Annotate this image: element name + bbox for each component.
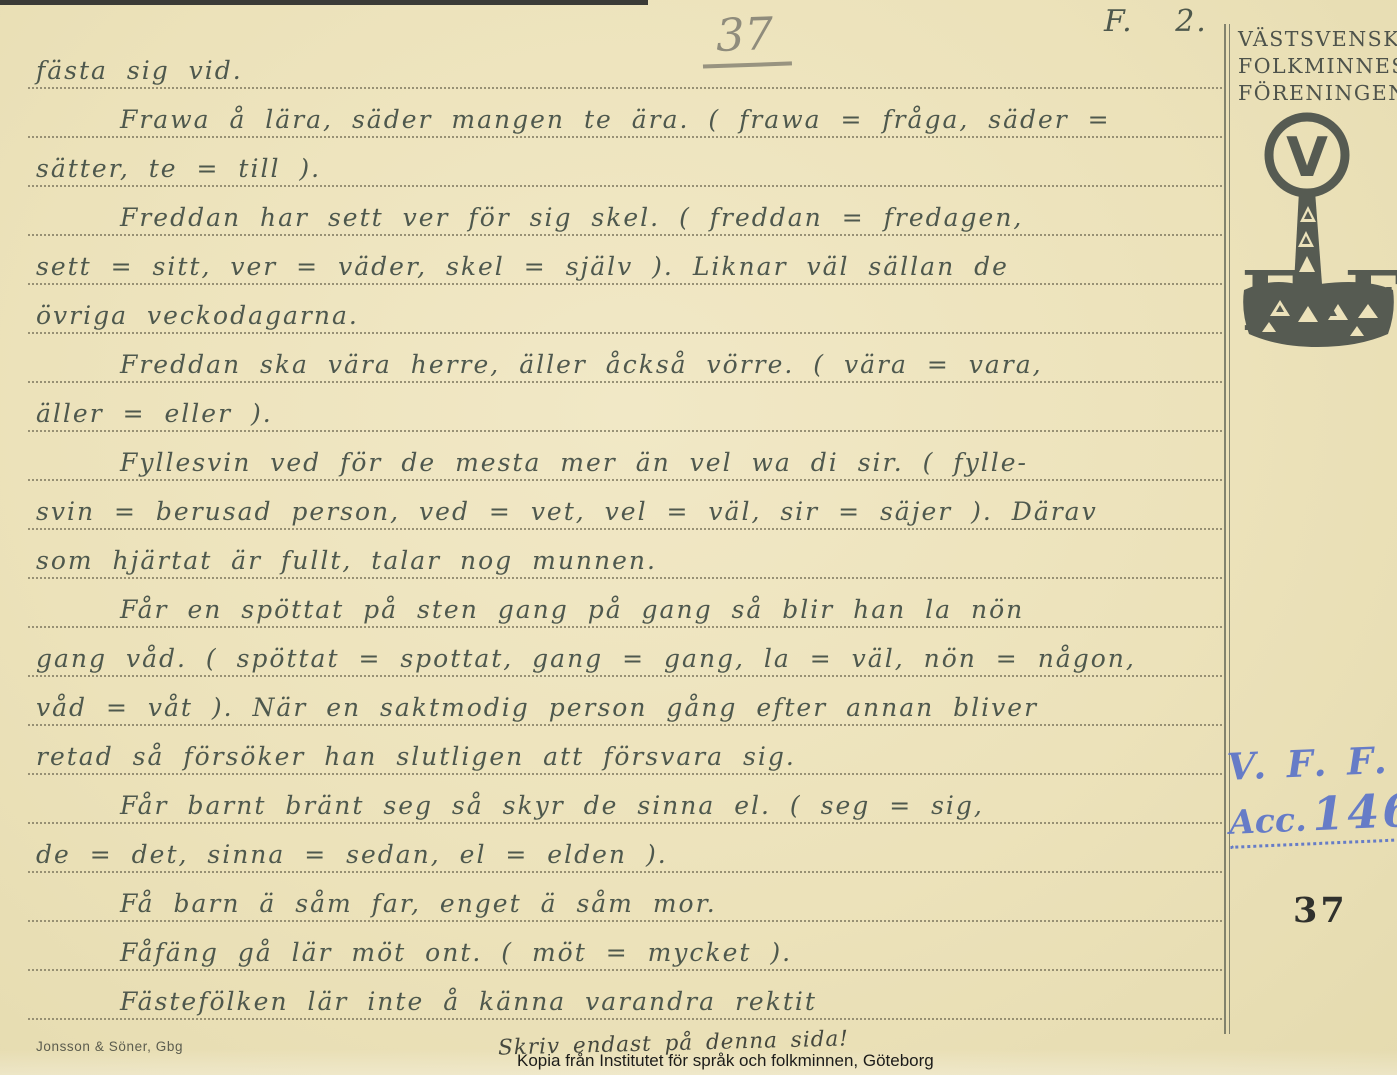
manuscript-line: retad så försöker han slutligen att förs… (28, 726, 1222, 775)
archive-copy-notice: Kopia från Institutet för språk och folk… (517, 1051, 934, 1071)
manuscript-line-text: Får barnt bränt seg så skyr de sinna el.… (120, 791, 984, 821)
manuscript-line: Får barnt bränt seg så skyr de sinna el.… (28, 775, 1222, 824)
manuscript-line-text: övriga veckodagarna. (36, 301, 359, 331)
manuscript-line-text: sätter, te = till ). (36, 154, 321, 184)
manuscript-line-text: fästa sig vid. (36, 56, 243, 86)
manuscript-line: våd = våt ). När en saktmodig person gån… (28, 677, 1222, 726)
logo-letter-v: V (1286, 126, 1328, 189)
manuscript-line: Får en spöttat på sten gang på gang så b… (28, 579, 1222, 628)
manuscript-line-text: Fästefölken lär inte å känna varandra re… (120, 987, 817, 1017)
archive-reference: F. 2. (1104, 4, 1208, 39)
manuscript-line: övriga veckodagarna. (28, 285, 1222, 334)
organization-name-line: FOLKMINNES- (1238, 53, 1397, 80)
manuscript-line-text: Få barn ä såm far, enget ä såm mor. (120, 889, 717, 919)
manuscript-line: sätter, te = till ). (28, 138, 1222, 187)
manuscript-line: Fåfäng gå lär möt ont. ( möt = mycket ). (28, 922, 1222, 971)
manuscript-line: som hjärtat är fullt, talar nog munnen. (28, 530, 1222, 579)
manuscript-lines: fästa sig vid.Frawa å lära, säder mangen… (28, 40, 1222, 1020)
manuscript-line: Freddan ska vära herre, äller åckså vörr… (28, 334, 1222, 383)
manuscript-line: sett = sitt, ver = väder, skel = själv )… (28, 236, 1222, 285)
manuscript-line: de = det, sinna = sedan, el = elden ). (28, 824, 1222, 873)
accession-stamp: V. F. F. Acc. 1467 (1226, 735, 1397, 849)
organization-name: VÄSTSVENSKA FOLKMINNES- FÖRENINGEN (1238, 26, 1397, 107)
manuscript-line: Få barn ä såm far, enget ä såm mor. (28, 873, 1222, 922)
stamp-acc-number: 1467 (1311, 781, 1397, 841)
manuscript-line: Freddan har sett ver för sig skel. ( fre… (28, 187, 1222, 236)
manuscript-line-text: Frawa å lära, säder mangen te ära. ( fra… (120, 105, 1111, 135)
manuscript-line-text: retad så försöker han slutligen att förs… (36, 742, 796, 772)
scan-edge-strip (0, 0, 648, 5)
stamp-acc-label: Acc. (1228, 799, 1307, 841)
manuscript-line-text: de = det, sinna = sedan, el = elden ). (36, 840, 668, 870)
manuscript-line-text: sett = sitt, ver = väder, skel = själv )… (36, 252, 1009, 282)
margin-separator-rule (1224, 24, 1230, 1034)
manuscript-line-text: gang våd. ( spöttat = spottat, gang = ga… (36, 644, 1136, 674)
stamp-accession-row: Acc. 1467 (1228, 781, 1397, 849)
manuscript-line: Fästefölken lär inte å känna varandra re… (28, 971, 1222, 1020)
manuscript-line-text: som hjärtat är fullt, talar nog munnen. (36, 546, 657, 576)
manuscript-line: Fyllesvin ved för de mesta mer än vel wa… (28, 432, 1222, 481)
stamp-org-initials: V. F. F. (1226, 735, 1397, 789)
manuscript-line-text: svin = berusad person, ved = vet, vel = … (36, 497, 1098, 527)
page-number-print: 37 (1293, 890, 1348, 931)
manuscript-line-text: äller = eller ). (36, 399, 273, 429)
printer-credit: Jonsson & Söner, Gbg (36, 1039, 183, 1054)
manuscript-line: svin = berusad person, ved = vet, vel = … (28, 481, 1222, 530)
manuscript-line-text: Får en spöttat på sten gang på gang så b… (120, 595, 1024, 625)
manuscript-line-text: Freddan har sett ver för sig skel. ( fre… (120, 203, 1023, 233)
manuscript-line: fästa sig vid. (28, 40, 1222, 89)
manuscript-line-text: Fåfäng gå lär möt ont. ( möt = mycket ). (120, 938, 792, 968)
manuscript-line: gang våd. ( spöttat = spottat, gang = ga… (28, 628, 1222, 677)
organization-name-line: VÄSTSVENSKA (1238, 26, 1397, 53)
manuscript-line: Frawa å lära, säder mangen te ära. ( fra… (28, 89, 1222, 138)
manuscript-line: äller = eller ). (28, 383, 1222, 432)
thors-hammer-logo: V F F (1240, 98, 1397, 352)
manuscript-line-text: våd = våt ). När en saktmodig person gån… (36, 693, 1038, 723)
manuscript-line-text: Freddan ska vära herre, äller åckså vörr… (120, 350, 1043, 380)
thors-hammer-icon: V F F (1240, 98, 1397, 348)
manuscript-line-text: Fyllesvin ved för de mesta mer än vel wa… (120, 448, 1028, 478)
